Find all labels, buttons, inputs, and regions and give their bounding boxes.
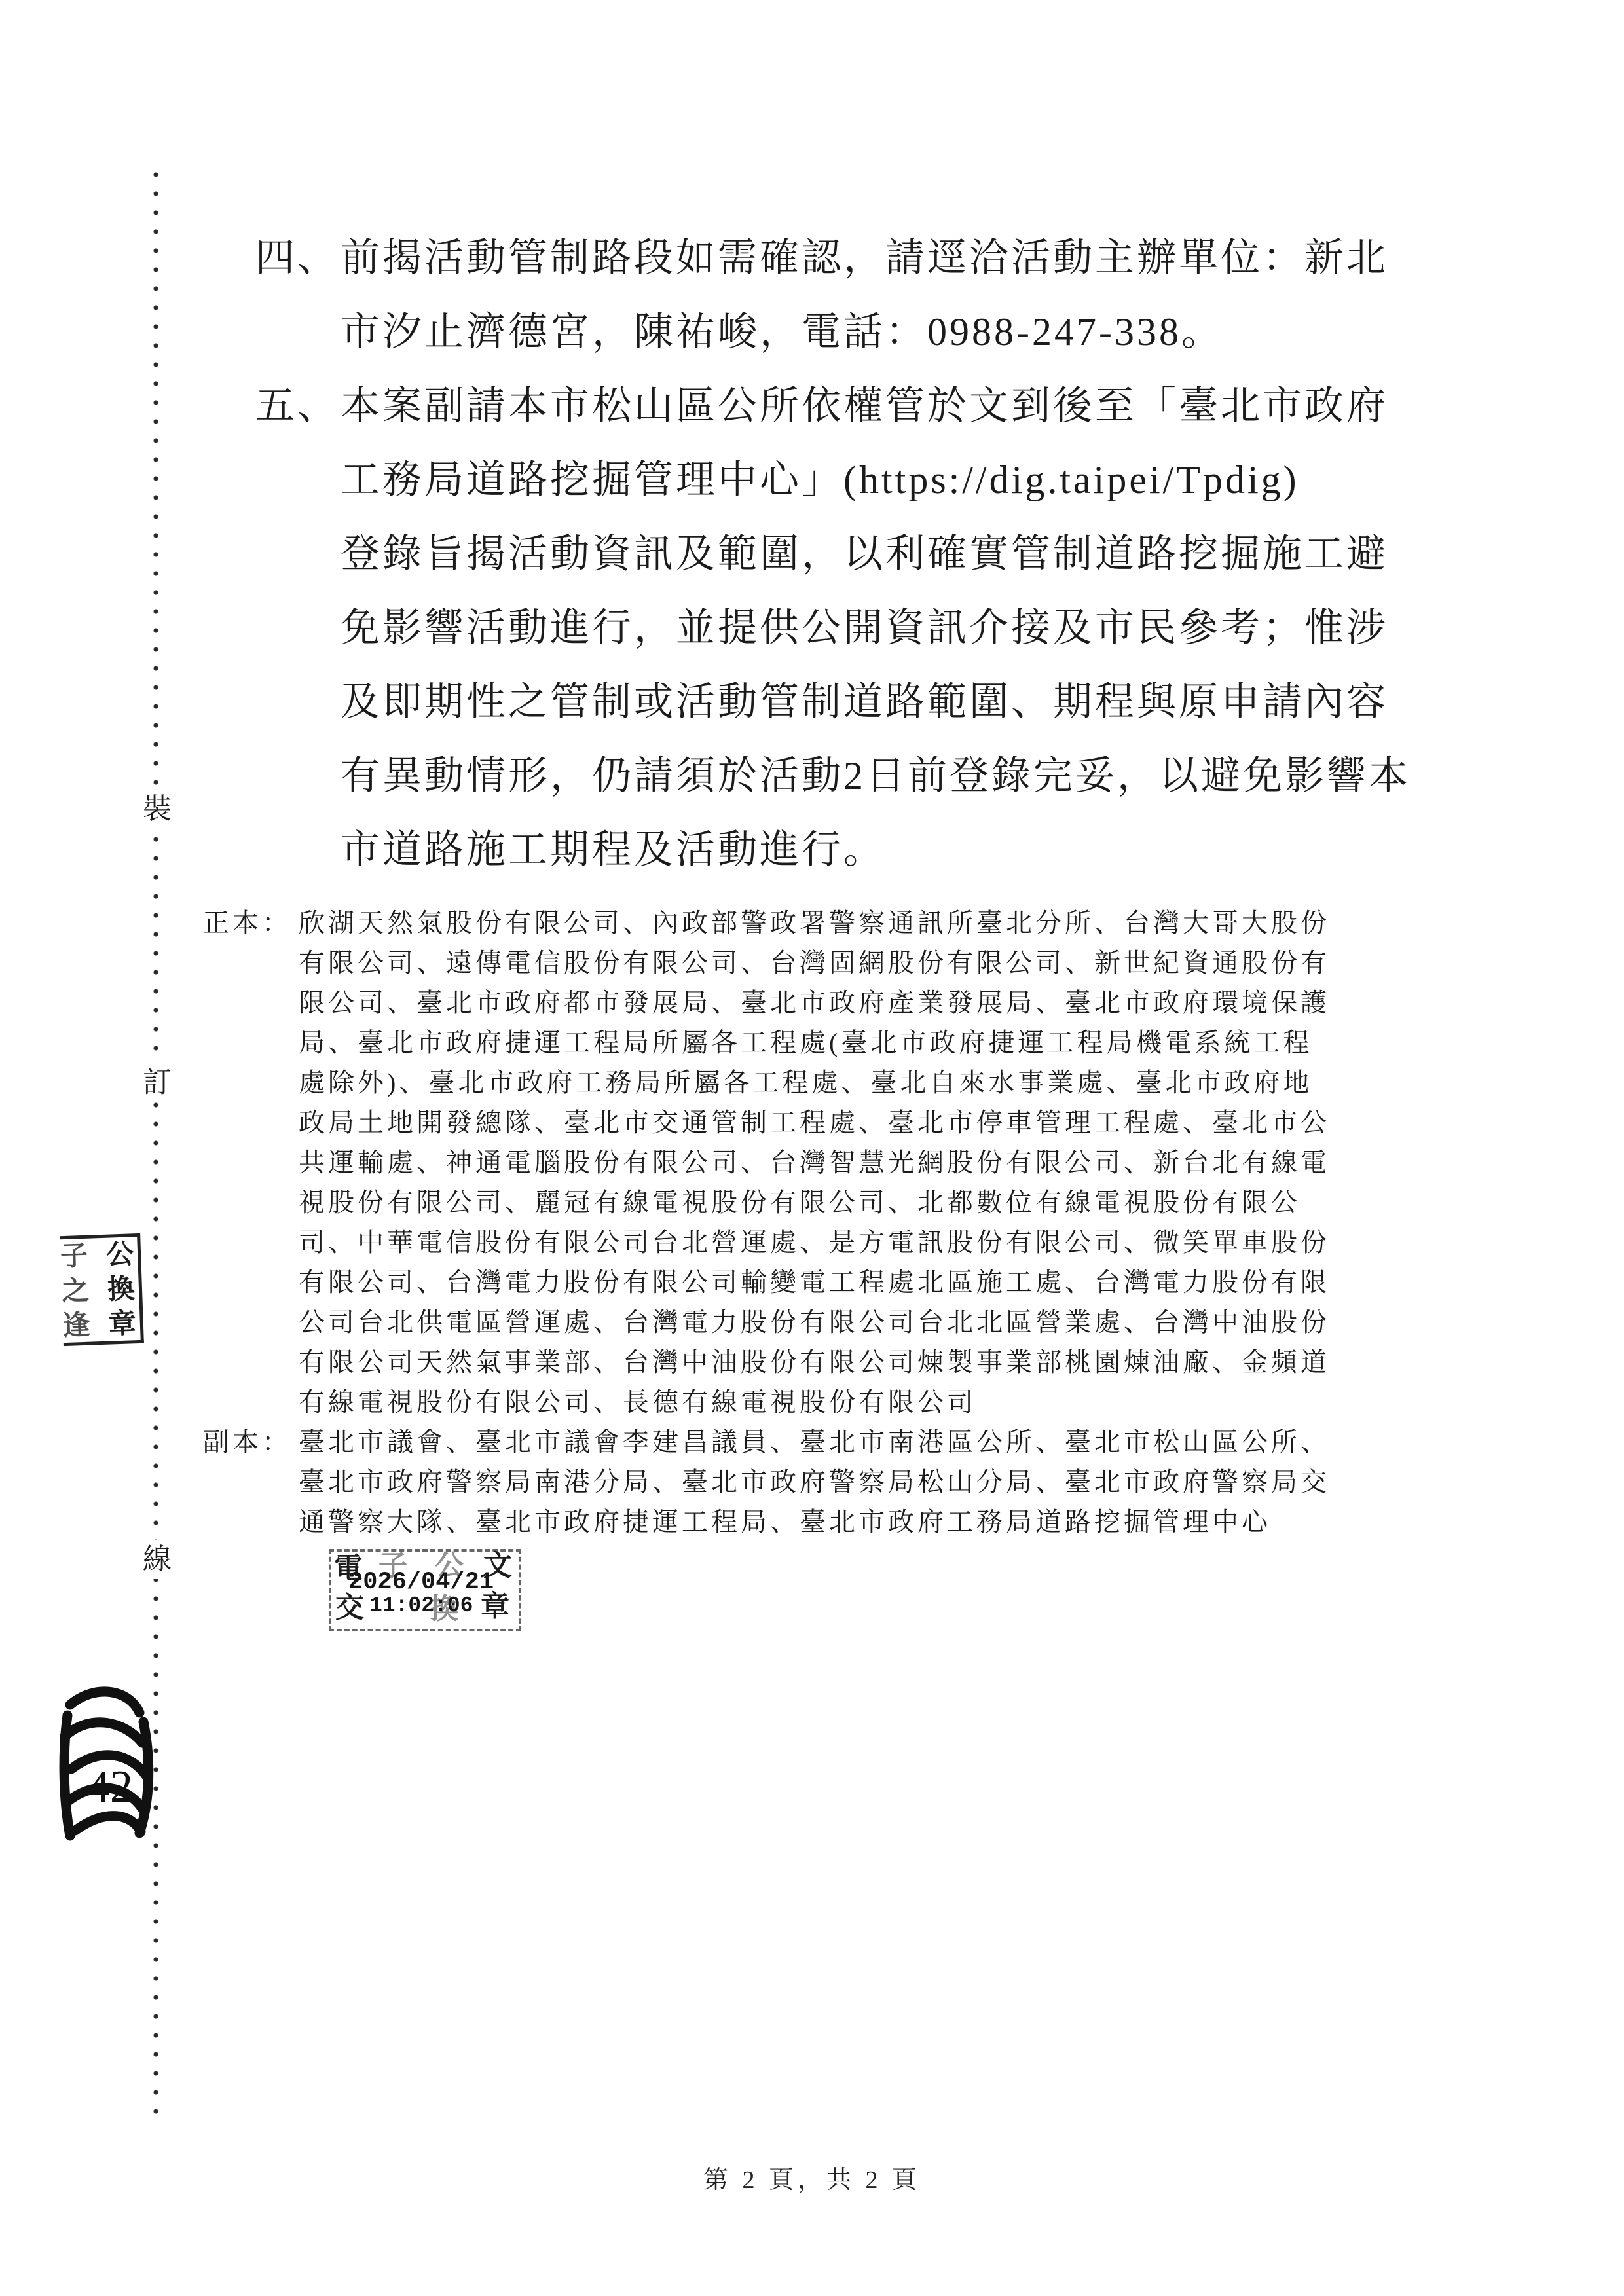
recipient-line: 限公司、臺北市政府都市發展局、臺北市政府產業發展局、臺北市政府環境保護 [203,985,1421,1025]
recipient-line: 共運輸處、神通電腦股份有限公司、台灣智慧光網股份有限公司、新台北有線電 [203,1145,1421,1185]
body-line-text: 本案副請本市松山區公所依權管於文到後至「臺北市政府 [341,374,1421,448]
scanned-document-page: 裝 訂 線 四、 前揭活動管制路段如需確認，請逕洽活動主辦單位：新北 市汐止濟德… [0,0,1624,2296]
left-edge-partial-stamp: 子 之 逢 公 換 章 [60,1233,144,1346]
scribble-stamp-number: 42 [87,1762,133,1812]
recipient-label: 副本： [203,1425,299,1465]
recipient-label [203,1305,299,1345]
body-line-text: 有異動情形，仍請須於活動2日前登錄完妥，以避免影響本 [341,744,1421,818]
stamp-char-zhang: 章 [481,1592,509,1621]
recipient-line-text: 有線電視股份有限公司、長德有線電視股份有限公司 [299,1385,1421,1425]
body-line: 五、 本案副請本市松山區公所依權管於文到後至「臺北市政府 [255,374,1421,448]
partial-stamp-char: 逢 [62,1311,91,1342]
body-line: 免影響活動進行，並提供公開資訊介接及市民參考；惟涉 [255,596,1421,670]
recipient-line-text: 臺北市政府警察局南港分局、臺北市政府警察局松山分局、臺北市政府警察局交 [299,1465,1421,1504]
recipient-line: 有限公司、台灣電力股份有限公司輸變電工程處北區施工處、台灣電力股份有限 [203,1265,1421,1305]
body-paragraphs: 四、 前揭活動管制路段如需確認，請逕洽活動主辦單位：新北 市汐止濟德宮，陳祐峻，… [255,227,1421,892]
recipient-label: 正本： [203,905,299,945]
body-line: 市道路施工期程及活動進行。 [255,818,1421,892]
partial-stamp-left-column: 子 之 逢 [60,1241,90,1342]
recipient-line-text: 通警察大隊、臺北市政府捷運工程局、臺北市政府工務局道路挖掘管理中心 [299,1504,1421,1544]
item-number-marker [255,670,341,744]
item-number-marker [255,301,341,374]
recipient-label [203,985,299,1025]
body-line-text: 登錄旨揭活動資訊及範圍，以利確實管制道路挖掘施工避 [341,522,1421,596]
item-number-marker [255,596,341,670]
recipient-line-text: 司、中華電信股份有限公司台北營運處、是方電訊股份有限公司、微笑單車股份 [299,1225,1421,1265]
recipient-line-text: 臺北市議會、臺北市議會李建昌議員、臺北市南港區公所、臺北市松山區公所、 [299,1425,1421,1465]
recipient-line-text: 有限公司天然氣事業部、台灣中油股份有限公司煉製事業部桃園煉油廠、金頻道 [299,1345,1421,1385]
recipient-line: 局、臺北市政府捷運工程局所屬各工程處(臺北市政府捷運工程局機電系統工程 [203,1025,1421,1065]
recipient-line-text: 局、臺北市政府捷運工程局所屬各工程處(臺北市政府捷運工程局機電系統工程 [299,1025,1421,1065]
partial-stamp-char: 子 [60,1241,88,1273]
body-line: 工務局道路挖掘管理中心」(https://dig.taipei/Tpdig) [255,448,1421,522]
body-line-text: 前揭活動管制路段如需確認，請逕洽活動主辦單位：新北 [341,227,1421,301]
body-line: 有異動情形，仍請須於活動2日前登錄完妥，以避免影響本 [255,744,1421,818]
recipient-label [203,1385,299,1425]
item-number-marker [255,744,341,818]
recipient-line: 有限公司天然氣事業部、台灣中油股份有限公司煉製事業部桃園煉油廠、金頻道 [203,1345,1421,1385]
body-line: 市汐止濟德宮，陳祐峻，電話：0988-247-338。 [255,301,1421,374]
body-line-text: 市汐止濟德宮，陳祐峻，電話：0988-247-338。 [341,301,1421,374]
recipient-label [203,1145,299,1185]
recipient-line: 有限公司、遠傳電信股份有限公司、台灣固網股份有限公司、新世紀資通股份有 [203,945,1421,985]
body-line-text: 免影響活動進行，並提供公開資訊介接及市民參考；惟涉 [341,596,1421,670]
body-line: 四、 前揭活動管制路段如需確認，請逕洽活動主辦單位：新北 [255,227,1421,301]
recipient-label [203,1465,299,1504]
recipient-line-text: 共運輸處、神通電腦股份有限公司、台灣智慧光網股份有限公司、新台北有線電 [299,1145,1421,1185]
body-line-text: 工務局道路挖掘管理中心」(https://dig.taipei/Tpdig) [341,448,1421,522]
body-line-text: 及即期性之管制或活動管制道路範圍、期程與原申請內容 [341,670,1421,744]
recipient-line: 通警察大隊、臺北市政府捷運工程局、臺北市政府工務局道路挖掘管理中心 [203,1504,1421,1544]
item-number-marker [255,818,341,892]
recipient-line: 視股份有限公司、麗冠有線電視股份有限公司、北都數位有線電視股份有限公 [203,1185,1421,1225]
stamp-date: 2026/04/21 [348,1569,494,1596]
recipient-line-text: 有限公司、台灣電力股份有限公司輸變電工程處北區施工處、台灣電力股份有限 [299,1265,1421,1305]
partial-stamp-char: 之 [61,1276,90,1307]
body-line-text: 市道路施工期程及活動進行。 [341,818,1421,892]
recipient-label [203,945,299,985]
recipient-line: 臺北市政府警察局南港分局、臺北市政府警察局松山分局、臺北市政府警察局交 [203,1465,1421,1504]
body-line: 及即期性之管制或活動管制道路範圍、期程與原申請內容 [255,670,1421,744]
recipient-label [203,1345,299,1385]
recipient-list: 正本： 欣湖天然氣股份有限公司、內政部警政署警察通訊所臺北分所、台灣大哥大股份 … [203,905,1421,1544]
partial-stamp-char: 章 [108,1309,137,1340]
recipient-line: 正本： 欣湖天然氣股份有限公司、內政部警政署警察通訊所臺北分所、台灣大哥大股份 [203,905,1421,945]
recipient-line: 司、中華電信股份有限公司台北營運處、是方電訊股份有限公司、微笑單車股份 [203,1225,1421,1265]
body-line: 登錄旨揭活動資訊及範圍，以利確實管制道路挖掘施工避 [255,522,1421,596]
recipient-line: 副本： 臺北市議會、臺北市議會李建昌議員、臺北市南港區公所、臺北市松山區公所、 [203,1425,1421,1465]
item-number-marker [255,448,341,522]
recipient-label [203,1065,299,1105]
electronic-exchange-stamp: 電 子 公 文 交 換 章 2026/04/21 11:02:06 [329,1549,521,1631]
binding-label-zhuang: 裝 [140,790,174,829]
partial-stamp-char: 換 [107,1274,136,1305]
binding-label-ding: 訂 [140,1063,174,1102]
recipient-label [203,1025,299,1065]
partial-stamp-right-column: 公 換 章 [105,1239,136,1340]
recipient-line-text: 限公司、臺北市政府都市發展局、臺北市政府產業發展局、臺北市政府環境保護 [299,985,1421,1025]
recipient-label [203,1185,299,1225]
stamp-char-jiao: 交 [335,1594,364,1622]
recipient-label [203,1504,299,1544]
recipient-line: 政局土地開發總隊、臺北市交通管制工程處、臺北市停車管理工程處、臺北市公 [203,1105,1421,1145]
recipient-line-text: 政局土地開發總隊、臺北市交通管制工程處、臺北市停車管理工程處、臺北市公 [299,1105,1421,1145]
recipient-line-text: 公司台北供電區營運處、台灣電力股份有限公司台北北區營業處、台灣中油股份 [299,1305,1421,1345]
page-footer: 第 2 頁，共 2 頁 [0,2159,1624,2195]
scribble-stamp: 42 [56,1676,160,1848]
recipient-line: 公司台北供電區營運處、台灣電力股份有限公司台北北區營業處、台灣中油股份 [203,1305,1421,1345]
recipient-line: 有線電視股份有限公司、長德有線電視股份有限公司 [203,1385,1421,1425]
item-number-marker: 四、 [255,227,341,301]
recipient-label [203,1225,299,1265]
binding-label-xian: 線 [140,1540,174,1579]
item-number-marker [255,522,341,596]
recipient-line: 處除外)、臺北市政府工務局所屬各工程處、臺北自來水事業處、臺北市政府地 [203,1065,1421,1105]
recipient-label [203,1105,299,1145]
partial-stamp-char: 公 [105,1239,134,1271]
recipient-line-text: 欣湖天然氣股份有限公司、內政部警政署警察通訊所臺北分所、台灣大哥大股份 [299,905,1421,945]
recipient-line-text: 有限公司、遠傳電信股份有限公司、台灣固網股份有限公司、新世紀資通股份有 [299,945,1421,985]
recipient-label [203,1265,299,1305]
item-number-marker: 五、 [255,374,341,448]
recipient-line-text: 視股份有限公司、麗冠有線電視股份有限公司、北都數位有線電視股份有限公 [299,1185,1421,1225]
stamp-time: 11:02:06 [369,1594,473,1618]
recipient-line-text: 處除外)、臺北市政府工務局所屬各工程處、臺北自來水事業處、臺北市政府地 [299,1065,1421,1105]
